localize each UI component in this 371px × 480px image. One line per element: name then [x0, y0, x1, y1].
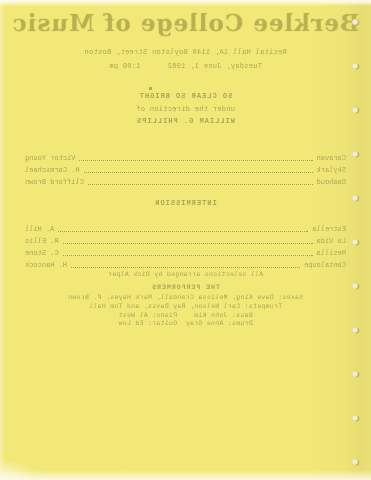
dot-leader [63, 255, 313, 256]
punch-hole [352, 107, 358, 113]
program-title: SO CLEAR SO BRIGHT [0, 93, 371, 101]
college-title: Berklee College of Music [0, 10, 371, 37]
punch-hole [352, 459, 358, 465]
piece-title: Estrella [312, 226, 346, 234]
program-row: Cantaloupe H. Hancock [25, 260, 346, 270]
piece-title: Caravan [317, 155, 346, 163]
dot-leader [84, 172, 313, 173]
dot-leader [71, 267, 300, 268]
piece-title: Daahoud [317, 179, 346, 187]
page-content-mirrored: Berklee College of Music Recital Hall 1A… [0, 0, 371, 480]
punch-hole [352, 151, 358, 157]
punch-hole [352, 239, 358, 245]
piece-credit: Clifford Brown [25, 179, 84, 187]
performers-heading: THE PERFORMERS [0, 284, 371, 291]
dot-leader [58, 231, 308, 232]
dot-leader [79, 160, 312, 161]
punch-hole [352, 19, 358, 25]
program-row: Estrella A. Hill [25, 224, 346, 234]
performers-line: Saxes: Dave King, Melissa Crandall, Mark… [0, 294, 371, 301]
piece-title: Mesilla [317, 250, 346, 258]
scanned-page: Berklee College of Music Recital Hall 1A… [0, 0, 371, 480]
intermission-label: INTERMISSION [0, 200, 371, 208]
director-name: WILLIAM G. PHILLIPS [0, 118, 371, 126]
punch-hole [352, 327, 358, 333]
program-row: La Vida R. Ellis [25, 236, 346, 246]
punch-hole [352, 63, 358, 69]
piece-credit: H. Carmichael [25, 167, 80, 175]
performers-line: Drums: Anne Gray Guitar: Ed Low [0, 320, 371, 327]
ink-speck [149, 87, 152, 90]
piece-title: Skylark [317, 167, 346, 175]
punch-hole [352, 415, 358, 421]
performers-line: Bass: John Kim Piano: Al West [0, 312, 371, 319]
program-row: Skylark H. Carmichael [25, 165, 346, 175]
piece-credit: R. Ellis [25, 238, 59, 246]
venue-line: Recital Hall 1A, 1140 Boylston Street, B… [0, 49, 371, 57]
punch-hole [352, 283, 358, 289]
performers-line: Trumpets: Carl Nelson, Ray Davis, and To… [0, 303, 371, 310]
dot-leader [88, 184, 313, 185]
piece-credit: Victor Young [25, 155, 75, 163]
piece-title: Cantaloupe [304, 262, 346, 270]
punch-hole [352, 195, 358, 201]
program-row: Caravan Victor Young [25, 153, 346, 163]
dot-leader [63, 243, 313, 244]
piece-credit: H. Hancock [25, 262, 67, 270]
punch-hole [352, 371, 358, 377]
piece-credit: A. Hill [25, 226, 54, 234]
arranged-line: All selections arranged by Dick Alper [0, 271, 371, 278]
direction-line: under the direction of [0, 106, 371, 114]
date-line: Tuesday, June 1, 1982 1:00 pm [0, 63, 371, 71]
piece-title: La Vida [317, 238, 346, 246]
piece-credit: C. Stone [25, 250, 59, 258]
program-row: Daahoud Clifford Brown [25, 177, 346, 187]
program-row: Mesilla C. Stone [25, 248, 346, 258]
